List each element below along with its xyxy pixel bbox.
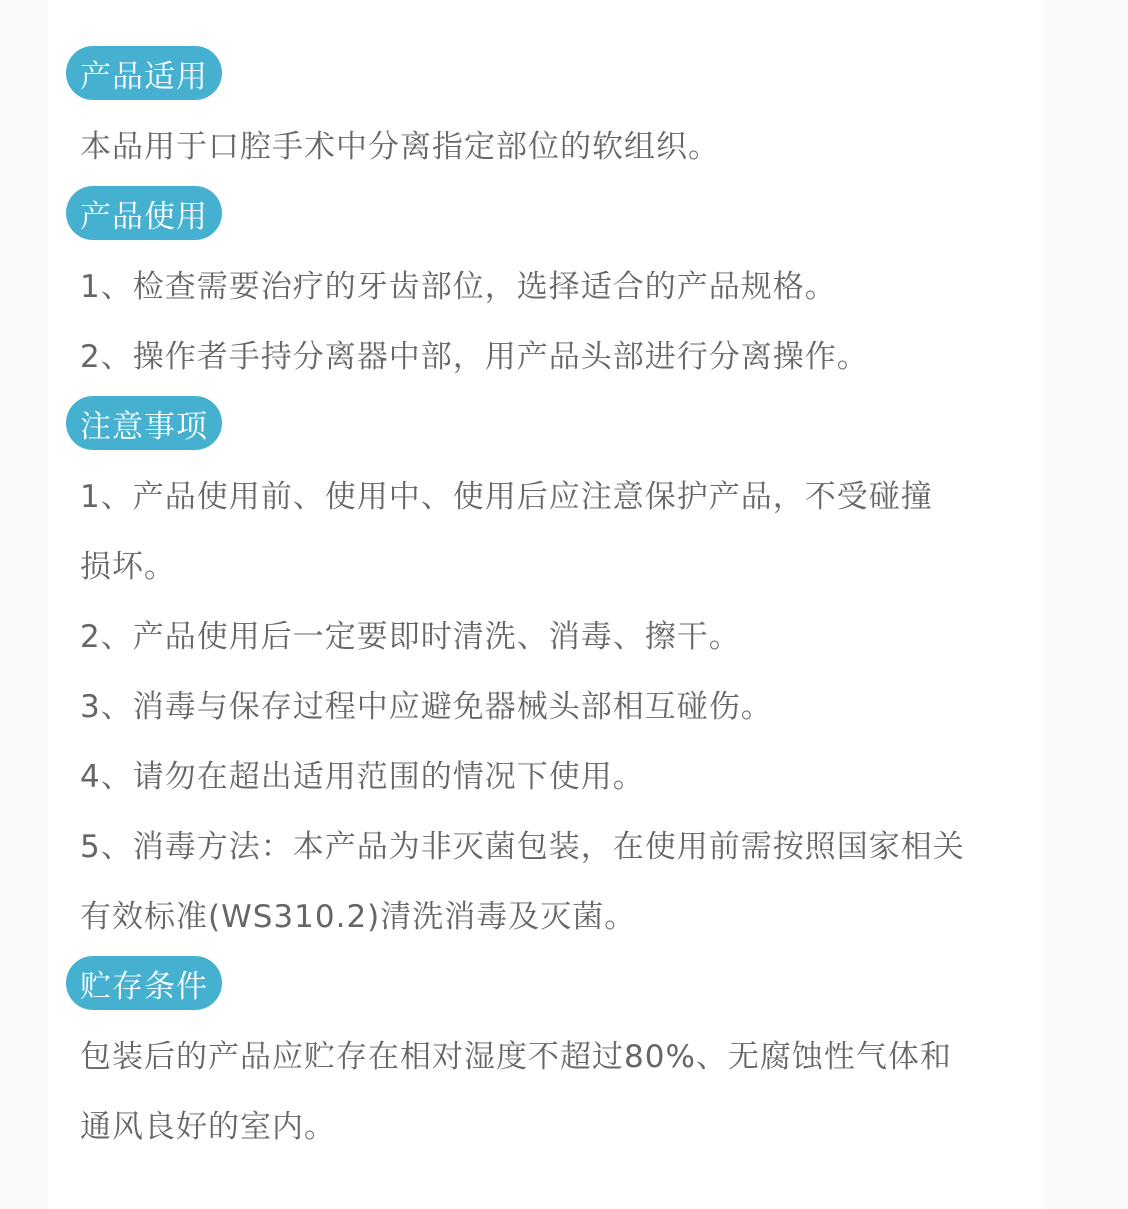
precaution-1-line-1: 1、产品使用前、使用中、使用后应注意保护产品，不受碰撞 — [48, 458, 1043, 528]
section-applicable-header: 产品适用 — [48, 38, 1043, 108]
section-title-badge: 产品使用 — [66, 186, 222, 240]
section-title-badge: 贮存条件 — [66, 956, 222, 1010]
precaution-3: 3、消毒与保存过程中应避免器械头部相互碰伤。 — [48, 668, 1043, 738]
product-instructions-panel: 产品适用 本品用于口腔手术中分离指定部位的软组织。 产品使用 1、检查需要治疗的… — [48, 0, 1043, 1209]
section-applicable-text: 本品用于口腔手术中分离指定部位的软组织。 — [48, 108, 1043, 178]
section-storage-header: 贮存条件 — [48, 948, 1043, 1018]
precaution-1-line-2: 损坏。 — [48, 528, 1043, 598]
section-precautions-header: 注意事项 — [48, 388, 1043, 458]
precaution-2: 2、产品使用后一定要即时清洗、消毒、擦干。 — [48, 598, 1043, 668]
section-title-badge: 注意事项 — [66, 396, 222, 450]
section-usage-header: 产品使用 — [48, 178, 1043, 248]
precaution-4: 4、请勿在超出适用范围的情况下使用。 — [48, 738, 1043, 808]
usage-step-1: 1、检查需要治疗的牙齿部位，选择适合的产品规格。 — [48, 248, 1043, 318]
precaution-5-line-1: 5、消毒方法：本产品为非灭菌包装，在使用前需按照国家相关 — [48, 808, 1043, 878]
section-title-badge: 产品适用 — [66, 46, 222, 100]
instructions-content: 产品适用 本品用于口腔手术中分离指定部位的软组织。 产品使用 1、检查需要治疗的… — [48, 38, 1043, 1158]
usage-step-2: 2、操作者手持分离器中部，用产品头部进行分离操作。 — [48, 318, 1043, 388]
precaution-5-line-2: 有效标准(WS310.2)清洗消毒及灭菌。 — [48, 878, 1043, 948]
storage-text-line-1: 包装后的产品应贮存在相对湿度不超过80%、无腐蚀性气体和 — [48, 1018, 1043, 1088]
storage-text-line-2: 通风良好的室内。 — [48, 1088, 1043, 1158]
